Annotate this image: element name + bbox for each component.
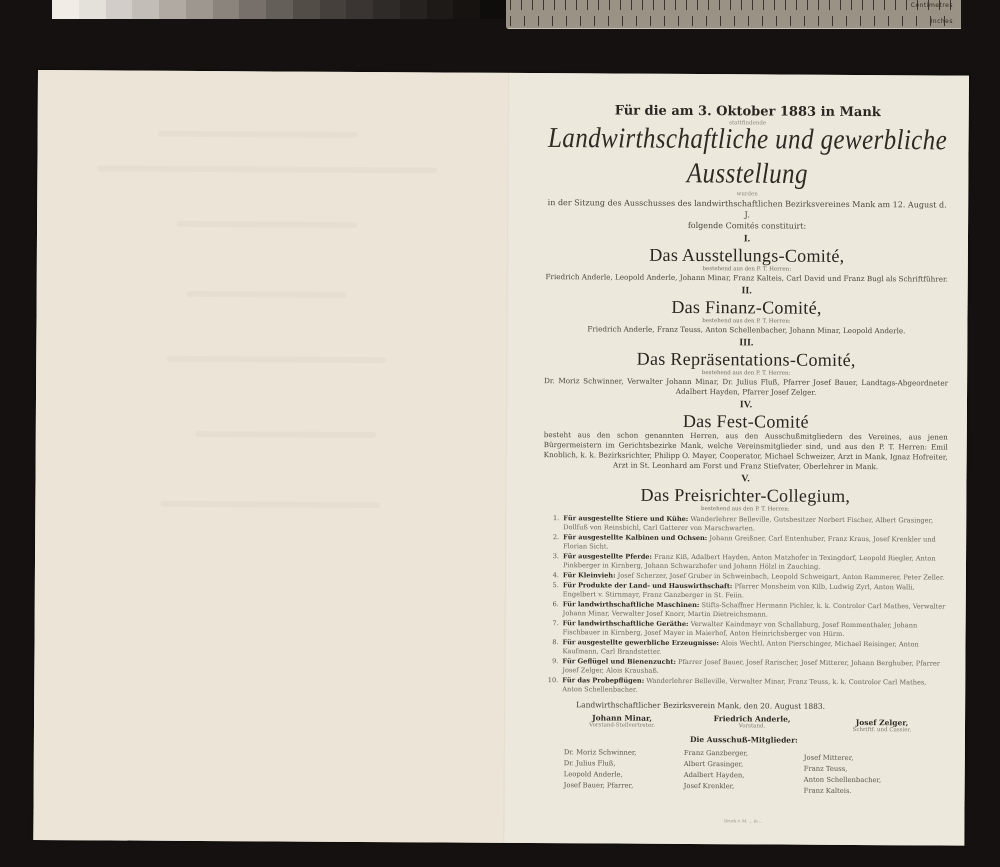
members-title: Die Ausschuß-Mitglieder: xyxy=(542,734,946,745)
signer-role: Schriftf. und Cassier. xyxy=(822,727,942,735)
gray-scale-target xyxy=(52,0,507,19)
signer: Friedrich Anderle, Vorstand. xyxy=(692,714,812,734)
list-item: 9.Für Geflügel und Bienenzucht: Pfarrer … xyxy=(542,657,946,677)
gray-patch xyxy=(106,0,133,19)
ruler-inch-unit: Inches xyxy=(931,18,954,25)
gray-patch xyxy=(159,0,186,19)
blank-left-page xyxy=(33,70,508,843)
gray-patch xyxy=(480,0,507,19)
show-through-text xyxy=(187,291,347,298)
list-item: 8.Für ausgestellte gewerbliche Erzeugnis… xyxy=(542,638,946,658)
show-through-text xyxy=(177,221,357,228)
signers: Johann Minar, Vorstand-Stellvertreter. F… xyxy=(562,713,942,734)
member-name: Franz Kalteis. xyxy=(804,786,924,798)
members-column: Josef Mitterer, Franz Teuss, Anton Schel… xyxy=(804,749,924,798)
member-name: Franz Teuss, xyxy=(804,764,924,776)
measurement-ruler: Centimetres Inches xyxy=(506,0,961,29)
main-title: Landwirthschaftliche und gewerbliche Aus… xyxy=(545,122,949,193)
item-number: 2. xyxy=(543,533,563,551)
gray-patch xyxy=(293,0,320,19)
show-through-text xyxy=(158,131,358,138)
item-number: 3. xyxy=(543,552,563,570)
member-name: Anton Schellenbacher, xyxy=(804,775,924,787)
signer-role: Vorstand. xyxy=(692,723,812,731)
committee-members: Friedrich Anderle, Leopold Anderle, Joha… xyxy=(545,272,949,284)
committee-subnote: bestehend aus den P. T. Herren: xyxy=(543,504,947,514)
item-names: Josef Scherzer, Josef Gruber in Schweinb… xyxy=(618,572,945,582)
item-category: Für ausgestellte gewerbliche Erzeugnisse… xyxy=(562,638,719,647)
intro-line-2: folgende Comités constituirt: xyxy=(545,219,949,232)
list-item: 3.Für ausgestellte Pferde: Franz Kiß, Ad… xyxy=(543,552,947,572)
gray-patch xyxy=(266,0,293,19)
gray-patch xyxy=(400,0,427,19)
printer-imprint: Druck v. M. ... in ... xyxy=(541,817,945,824)
committee-repraesentation: III. Das Repräsentations-Comité, bestehe… xyxy=(544,336,948,398)
printed-right-page: Für die am 3. Oktober 1883 in Mank statt… xyxy=(505,73,969,846)
gray-patch xyxy=(52,0,79,19)
item-category: Für das Probepflügen: xyxy=(562,676,644,685)
gray-patch xyxy=(346,0,373,19)
item-category: Für landwirthschaftliche Maschinen: xyxy=(563,600,700,609)
dateline: Landwirthschaftlicher Bezirksverein Mank… xyxy=(576,700,946,711)
member-name: Albert Grasinger, xyxy=(684,759,804,771)
show-through-text xyxy=(196,431,376,438)
gray-patch xyxy=(320,0,347,19)
item-number: 1. xyxy=(543,514,563,532)
item-category: Für Geflügel und Bienenzucht: xyxy=(562,657,676,666)
gray-patch xyxy=(186,0,213,19)
signer: Josef Zelger, Schriftf. und Cassier. xyxy=(822,715,942,735)
item-number: 10. xyxy=(542,676,562,694)
ruler-cm-ticks xyxy=(510,0,957,10)
gray-patch xyxy=(213,0,240,19)
gray-patch xyxy=(453,0,480,19)
member-name: Dr. Moriz Schwinner, xyxy=(564,747,684,759)
prize-judges-list: 1.Für ausgestellte Stiere und Kühe: Wand… xyxy=(542,514,947,696)
intro-line-1: in der Sitzung des Ausschusses des landw… xyxy=(545,197,949,221)
member-name: Josef Krenkler, xyxy=(684,781,804,793)
item-number: 8. xyxy=(542,638,562,656)
item-category: Für landwirthschaftliche Geräthe: xyxy=(563,619,689,628)
committee-ausstellung: I. Das Ausstellungs-Comité, bestehend au… xyxy=(545,232,949,284)
committee-title: Das Repräsentations-Comité, xyxy=(544,348,948,370)
item-number: 4. xyxy=(543,571,563,580)
item-category: Für Produkte der Land- und Hauswirthscha… xyxy=(563,581,733,590)
item-number: 7. xyxy=(543,619,563,637)
signer: Johann Minar, Vorstand-Stellvertreter. xyxy=(562,713,682,733)
committee-finanz: II. Das Finanz-Comité, bestehend aus den… xyxy=(544,284,948,336)
committee-preisrichter: V. Das Preisrichter-Collegium, bestehend… xyxy=(543,472,947,514)
committee-title: Das Ausstellungs-Comité, xyxy=(545,244,949,266)
gray-patch xyxy=(373,0,400,19)
item-number: 9. xyxy=(542,657,562,675)
committee-members-grid: Dr. Moriz Schwinner, Dr. Julius Fluß, Le… xyxy=(564,747,924,797)
document-sheet: Für die am 3. Oktober 1883 in Mank statt… xyxy=(33,70,969,846)
list-item: 10.Für das Probepflügen: Wanderlehrer Be… xyxy=(542,676,946,696)
gray-patch xyxy=(79,0,106,19)
members-column: Franz Ganzberger, Albert Grasinger, Adal… xyxy=(684,748,804,797)
member-name: Dr. Julius Fluß, xyxy=(564,758,684,770)
show-through-text xyxy=(97,165,437,173)
list-item: 1.Für ausgestellte Stiere und Kühe: Wand… xyxy=(543,514,947,534)
item-category: Für ausgestellte Stiere und Kühe: xyxy=(563,514,688,523)
show-through-text xyxy=(160,501,380,508)
committee-title: Das Finanz-Comité, xyxy=(545,296,949,318)
list-item: 2.Für ausgestellte Kalbinen und Ochsen: … xyxy=(543,533,947,553)
item-number: 5. xyxy=(543,581,563,599)
committee-fest: IV. Das Fest-Comité besteht aus den scho… xyxy=(544,398,948,472)
ruler-cm-unit: Centimetres xyxy=(911,2,953,9)
member-name: Josef Mitterer, xyxy=(804,753,924,765)
gray-patch xyxy=(427,0,454,19)
member-name: Josef Bauer, Pfarrer, xyxy=(564,780,684,792)
member-name: Franz Ganzberger, xyxy=(684,748,804,760)
list-item: 7.Für landwirthschaftliche Geräthe: Verw… xyxy=(543,619,947,639)
members-column: Dr. Moriz Schwinner, Dr. Julius Fluß, Le… xyxy=(564,747,684,796)
member-name: Leopold Anderle, xyxy=(564,769,684,781)
gray-patch xyxy=(132,0,159,19)
item-category: Für ausgestellte Pferde: xyxy=(563,552,652,561)
item-category: Für ausgestellte Kalbinen und Ochsen: xyxy=(563,533,707,542)
gray-patch xyxy=(239,0,266,19)
committee-members: Dr. Moriz Schwinner, Verwalter Johann Mi… xyxy=(544,376,948,398)
ruler-inch-ticks xyxy=(510,16,957,26)
item-number: 6. xyxy=(543,600,563,618)
committee-title: Das Fest-Comité xyxy=(544,410,948,432)
list-item: 6.Für landwirthschaftliche Maschinen: St… xyxy=(543,600,947,620)
member-name: Adalbert Hayden, xyxy=(684,770,804,782)
signer-role: Vorstand-Stellvertreter. xyxy=(562,722,682,730)
committee-members: besteht aus den schon genannten Herren, … xyxy=(544,430,948,472)
announcement: Für die am 3. Oktober 1883 in Mank statt… xyxy=(541,103,949,824)
item-category: Für Kleinvieh: xyxy=(563,571,616,579)
committee-members: Friedrich Anderle, Franz Teuss, Anton Sc… xyxy=(544,324,948,336)
list-item: 5.Für Produkte der Land- und Hauswirthsc… xyxy=(543,581,947,601)
committee-title: Das Preisrichter-Collegium, xyxy=(543,484,947,506)
show-through-text xyxy=(166,356,386,363)
